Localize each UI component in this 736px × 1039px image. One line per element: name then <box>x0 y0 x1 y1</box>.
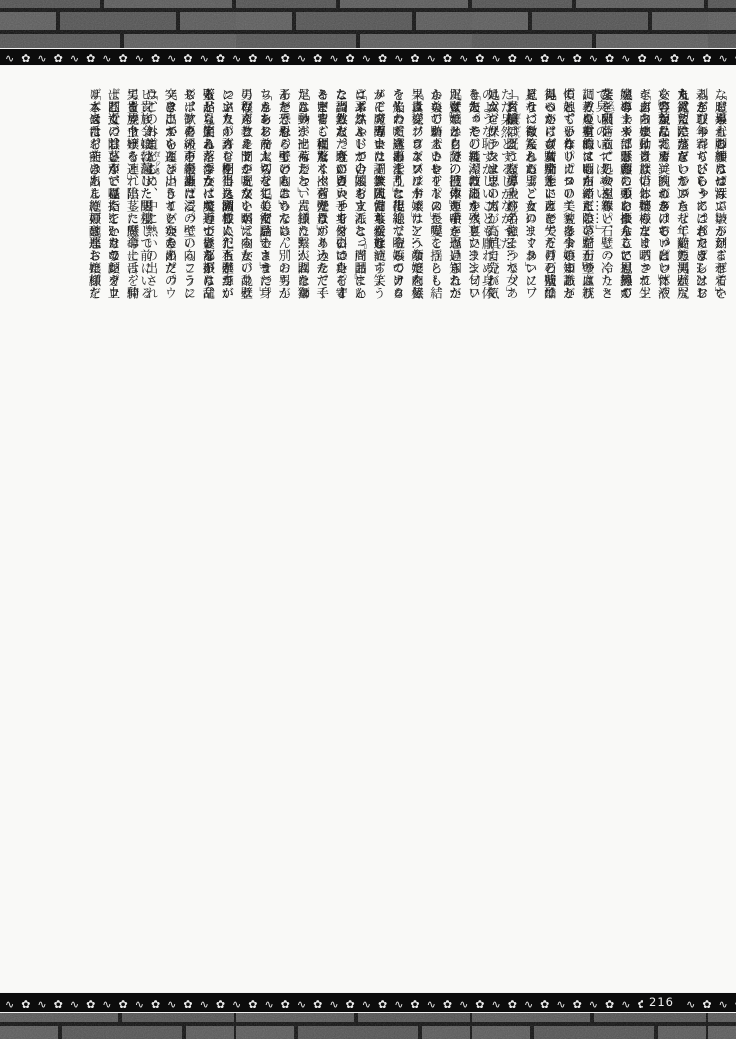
text-column: に平然としている。 <box>350 88 369 301</box>
text-column: 「さあお前たち、この女騎士さまに身 <box>255 88 274 301</box>
text-column: が、魔導士はそよ風でも受け流すよう <box>369 88 388 301</box>
stone-wall-border-top <box>0 0 736 48</box>
text-column: 「お前のような鼻っ柱の強そうな女は、 <box>501 88 520 301</box>
text-column: 娘のままでは客の手には余ると思って <box>615 88 634 301</box>
text-tier-4: 魔導士の顔には深い皺が刻まれているが、年寄りというにはぎらぎらとした欲望にたぎっ… <box>84 88 729 301</box>
text-column: い容貌に、カロリーヌはぞっとした。 <box>653 88 672 301</box>
text-column: 主人の許しを得た調教人たちが二人、 <box>217 88 236 301</box>
ornament-pattern-icon: ∿✿∿✿∿✿∿✿∿✿∿✿∿✿∿✿∿✿∿✿∿✿∿✿∿✿∿✿∿✿∿✿∿✿∿✿∿✿∿✿… <box>0 995 736 1013</box>
text-column: そうに微笑んだ。 <box>520 88 539 301</box>
book-page: ∿✿∿✿∿✿∿✿∿✿∿✿∿✿∿✿∿✿∿✿∿✿∿✿∿✿∿✿∿✿∿✿∿✿∿✿∿✿∿✿… <box>0 0 736 1039</box>
text-column: ビンビンに勃起ぼっきした男根。 <box>141 88 160 301</box>
text-column: うだ。その純潔の証を残したまま、『壁 <box>463 88 482 301</box>
text-column: そこからにょっきりと突き出たのは、 <box>160 88 179 301</box>
text-column: る甲冑も剣もなく、壁にめり込んだ手 <box>312 88 331 301</box>
text-column: 「あの娘は貴族のお嬢様だけあって生 <box>634 88 653 301</box>
text-column: 魔導士の顔には深い皺が刻まれてい <box>710 88 729 301</box>
stone-wall-border-bottom <box>0 1013 736 1039</box>
text-column: と、カロリーヌの美貌をまじまじと <box>558 88 577 301</box>
text-column: よい、騎士カロリーヌ」 <box>426 88 445 301</box>
text-column: 調教を重ねていたのだよ。だが」 <box>577 88 596 301</box>
text-column: 子を恐れる子どもはいない。 <box>274 88 293 301</box>
text-column: た欲望にたぎっていた。年齢の測れな <box>672 88 691 301</box>
text-column: 間近に陰茎など見たこともないカロ <box>103 88 122 301</box>
text-column: 「貴様、ゴズワルドッ」 <box>407 88 426 301</box>
text-column: 処女を保ったままの方が高値で売れそ <box>482 88 501 301</box>
text-column: 当然だ、今のカロリーヌには身を守 <box>331 88 350 301</box>
text-column: 下品な笑みを浮かべて近づきながら、 <box>198 88 217 301</box>
text-column: るが、年寄りというにはぎらぎらとし <box>691 88 710 301</box>
text-column: ズボンの紐を緩めた。 <box>179 88 198 301</box>
text-column: 尻女』としての己の運命を思い知るが <box>444 88 463 301</box>
text-column: 見つめ、ゴズワルドはにったりと残酷 <box>539 88 558 301</box>
ornament-band-bottom: ∿✿∿✿∿✿∿✿∿✿∿✿∿✿∿✿∿✿∿✿∿✿∿✿∿✿∿✿∿✿∿✿∿✿∿✿∿✿∿✿… <box>0 992 736 1013</box>
ornament-pattern-icon: ∿✿∿✿∿✿∿✿∿✿∿✿∿✿∿✿∿✿∿✿∿✿∿✿∿✿∿✿∿✿∿✿∿✿∿✿∿✿∿✿… <box>0 51 736 66</box>
text-column: 焔の噴き出そうな視線で睨みつける <box>388 88 407 301</box>
text-column: 足は動かせもしない。鎖に繋がれた獅 <box>293 88 312 301</box>
text-column: の程を教えてやるがいい」 <box>236 88 255 301</box>
novel-text-area: （しかも脚絆はつけているが、下着を剥ぎ取られている！ これでは……ま、丸見えでは… <box>84 88 729 994</box>
text-column: リーヌは、そのあまりの醜悪さに顔を <box>84 88 103 301</box>
ornament-band-top: ∿✿∿✿∿✿∿✿∿✿∿✿∿✿∿✿∿✿∿✿∿✿∿✿∿✿∿✿∿✿∿✿∿✿∿✿∿✿∿✿… <box>0 48 736 66</box>
text-column: な。出荷前に処女を奪い、じっくりと <box>596 88 615 301</box>
page-number: 216 <box>643 993 680 1012</box>
